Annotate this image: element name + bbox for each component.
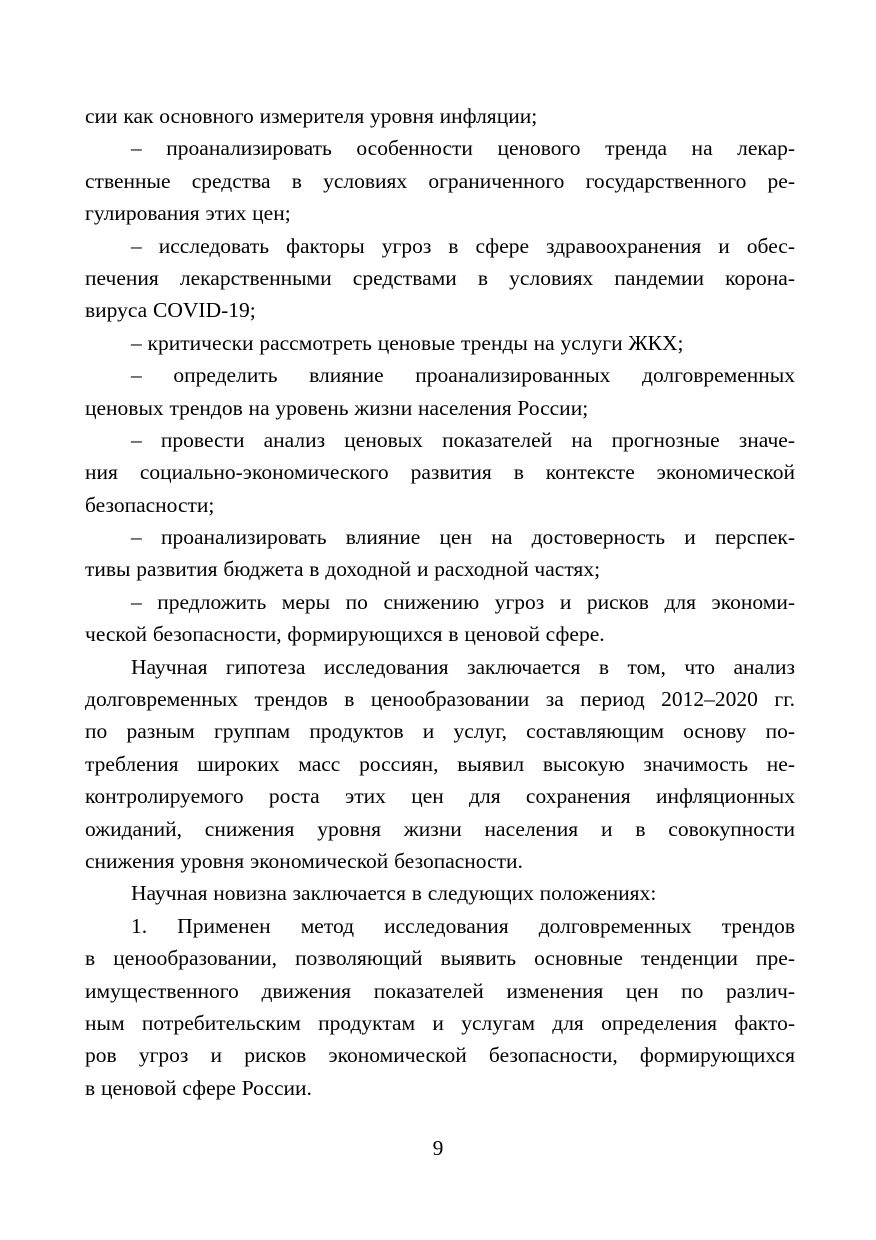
- text-line: ров угроз и рисков экономической безопас…: [85, 1039, 795, 1071]
- text-line: в ценовой сфере России.: [85, 1072, 795, 1104]
- text-line: ценовых трендов на уровень жизни населен…: [85, 392, 795, 424]
- text-line: Научная гипотеза исследования заключаетс…: [85, 651, 795, 683]
- text-line: – предложить меры по снижению угроз и ри…: [85, 586, 795, 618]
- text-line: контролируемого роста этих цен для сохра…: [85, 780, 795, 812]
- text-line: безопасности;: [85, 489, 795, 521]
- text-line: – проанализировать влияние цен на достов…: [85, 521, 795, 553]
- text-line: тивы развития бюджета в доходной и расхо…: [85, 553, 795, 585]
- body-text: сии как основного измерителя уровня инфл…: [85, 100, 795, 1104]
- text-line: в ценообразовании, позволяющий выявить о…: [85, 942, 795, 974]
- document-page: сии как основного измерителя уровня инфл…: [0, 0, 876, 1240]
- text-line: – критически рассмотреть ценовые тренды …: [85, 327, 795, 359]
- text-line: – проанализировать особенности ценового …: [85, 132, 795, 164]
- text-line: – определить влияние проанализированных …: [85, 359, 795, 391]
- page-number: 9: [0, 1132, 876, 1164]
- text-line: – провести анализ ценовых показателей на…: [85, 424, 795, 456]
- text-line: сии как основного измерителя уровня инфл…: [85, 100, 795, 132]
- text-line: вируса COVID-19;: [85, 294, 795, 326]
- text-line: печения лекарственными средствами в усло…: [85, 262, 795, 294]
- text-line: 1. Применен метод исследования долговрем…: [85, 910, 795, 942]
- text-line: ным потребительским продуктам и услугам …: [85, 1007, 795, 1039]
- text-line: Научная новизна заключается в следующих …: [85, 877, 795, 909]
- text-line: ожиданий, снижения уровня жизни населени…: [85, 813, 795, 845]
- text-line: ственные средства в условиях ограниченно…: [85, 165, 795, 197]
- text-line: гулирования этих цен;: [85, 197, 795, 229]
- text-line: долговременных трендов в ценообразовании…: [85, 683, 795, 715]
- text-line: снижения уровня экономической безопаснос…: [85, 845, 795, 877]
- text-line: имущественного движения показателей изме…: [85, 975, 795, 1007]
- text-line: – исследовать факторы угроз в сфере здра…: [85, 230, 795, 262]
- text-line: ния социально-экономического развития в …: [85, 456, 795, 488]
- text-line: ческой безопасности, формирующихся в цен…: [85, 618, 795, 650]
- text-line: по разным группам продуктов и услуг, сос…: [85, 715, 795, 747]
- text-line: требления широких масс россиян, выявил в…: [85, 748, 795, 780]
